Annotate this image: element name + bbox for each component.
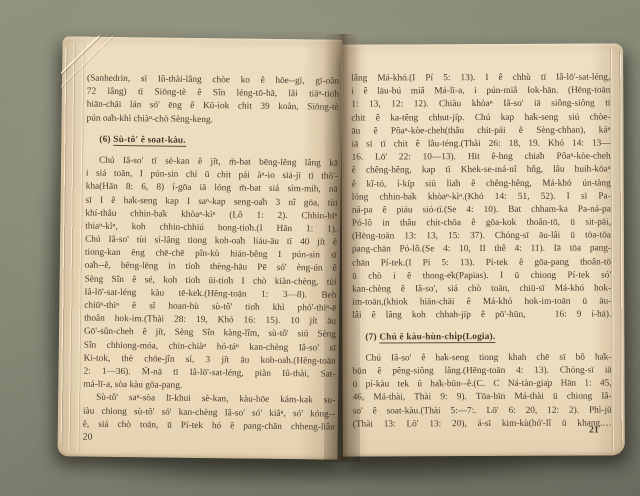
page-text-right: lâng Má-khó.(I Pí 5: 13). I ê chhù tī Iâ… (351, 71, 612, 431)
section-heading: (6) Sù-tô' ê soat-kàu. (86, 133, 338, 149)
heading-title: Chú ê kàu-hùn-chi̍p(Logia). (379, 332, 495, 344)
text-line: Chú Iâ-so' ê ha̍k-seng tiong khah chē sī… (352, 351, 611, 365)
text-line: (Hēng-toān 13: 13, 15: 37). Chóng-sī āu-… (352, 230, 611, 244)
section-heading: (7) Chú ê kàu-hùn-chi̍p(Logia). (352, 330, 611, 344)
text-line: āu ê Pôaⁿ-kòe-cheh(thâu chit-pái ê Sèng-… (351, 124, 610, 138)
text-line: lóng chhin-ba̍k khòaⁿ-kìⁿ.(Khó 14: 51, 5… (352, 190, 611, 204)
text-line: so' ê soat-kàu.(Thài 5:—7:. Lō' 6: 20, 1… (353, 404, 612, 418)
heading-number: (6) (99, 135, 113, 145)
text-line: ê kî-tó, í-ki̍p siū lia̍h ê chêng-hêng, … (352, 177, 611, 191)
text-line: im-toān,(khiok hiān-chāi ê Má-khó hok-im… (352, 296, 611, 310)
text-line: 16. Lō' 22: 10—13). Hit ê-hng chia̍h Pôa… (352, 151, 611, 165)
text-line: Pó-lô in thâu chit-chōa ê gōa-kok thoân-… (352, 217, 611, 231)
text-line: lâi ê lâng koh chhah-ji̍p ê pō'-hūn, 16:… (352, 309, 611, 323)
text-line: kan-chèng ê Iâ-so', siá chò toān, chiū-s… (352, 282, 611, 296)
text-line: i ê lāu-bú miâ Má-lī-a, i pún-miâ Iok-hā… (351, 85, 610, 99)
text-line: iā sī tī chit ê lâu-téng.(Thài 26: 18, 1… (352, 137, 611, 151)
text-line: ê, siá chò toān, ū Pí-tek hó ê pang-chān… (83, 418, 335, 434)
page-number-right: 21 (589, 423, 599, 436)
text-line: ū pí-kàu tek ū ha̍k-būn--ê.(C. C Ná-tàn-… (353, 378, 612, 392)
photo-background: (Sanhedrin, sī Iû-thài-lâng chòe ko ê hō… (0, 0, 640, 496)
text-line: ê chêng-hêng, kap tī Khek-se-má-nî hn̂g,… (352, 164, 611, 178)
book-page-left: (Sanhedrin, sī Iû-thài-lâng chòe ko ê hō… (57, 36, 342, 459)
text-line: ná-pa ê piáu sió-tī.(Se 4: 10). Bat chha… (352, 203, 611, 217)
heading-title: Sù-tô' ê soat-kàu. (113, 135, 186, 147)
text-line: būn ê pêng-siông lâng.(Hēng-toān 4: 13).… (353, 364, 612, 378)
text-line: 1: 13, 12: 12). Chiàu khòaⁿ Iâ-so' iā si… (351, 98, 610, 112)
page-number-left: 20 (83, 431, 93, 444)
text-line: chān Pí-tek.(I Pí 5: 13). Pí-tek ê gōa-p… (352, 256, 611, 270)
heading-number: (7) (365, 332, 379, 342)
book-gutter-shadow (324, 34, 360, 462)
text-line: (Thài 13: Lō' 13: 20), á-sī kim-kù(hó'-l… (353, 417, 612, 431)
text-line: pang-chān Pó-lô.(Se 4: 10, II thê 4: 11)… (352, 243, 611, 257)
text-line: ū chò i ê thong-e̍k(Papias). I ū chiong … (352, 269, 611, 283)
text-line: 46, Má-thài, Thài 9: 9). Tōa-bīn Má-thài… (353, 391, 612, 405)
page-text-left: (Sanhedrin, sī Iû-thài-lâng chòe ko ê hō… (83, 73, 339, 435)
text-line: chit ê ka-têng chhut-ji̍p. Chú kap ha̍k-… (351, 111, 610, 125)
book-page-right: lâng Má-khó.(I Pí 5: 13). I ê chhù tī Iâ… (341, 43, 625, 456)
text-line: lâng Má-khó.(I Pí 5: 13). I ê chhù tī Iâ… (351, 71, 610, 85)
